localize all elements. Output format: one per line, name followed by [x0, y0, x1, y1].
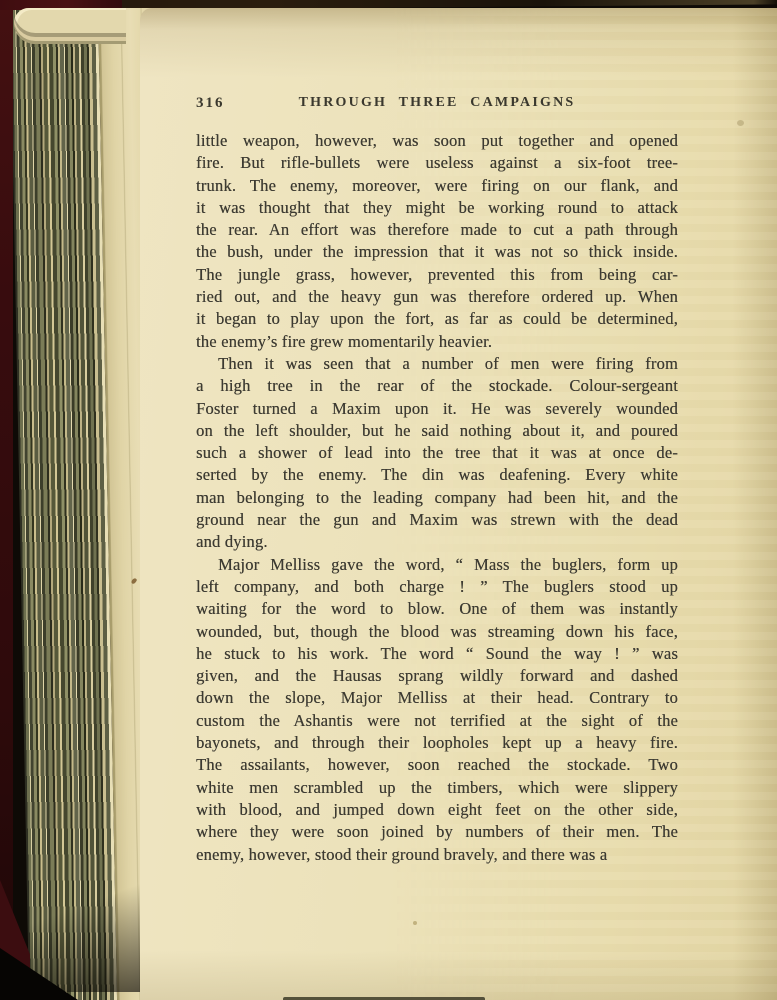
- page-text: little weapon, however, was soon put tog…: [196, 130, 678, 866]
- running-header: 316 THROUGH THREE CAMPAIGNS: [196, 95, 678, 115]
- text-line: it was thought that they might be workin…: [196, 197, 678, 219]
- text-line: on the left shoulder, but he said nothin…: [196, 420, 678, 442]
- text-line: Foster turned a Maxim upon it. He was se…: [196, 398, 678, 420]
- text-line: he stuck to his work. The word “ Sound t…: [196, 643, 678, 665]
- text-line: where they were soon joined by numbers o…: [196, 821, 678, 843]
- text-line: trunk. The enemy, moreover, were firing …: [196, 175, 678, 197]
- text-line: given, and the Hausas sprang wildly forw…: [196, 665, 678, 687]
- text-line: little weapon, however, was soon put tog…: [196, 130, 678, 152]
- text-line: serted by the enemy. The din was deafeni…: [196, 464, 678, 486]
- text-line: bayonets, and through their loopholes ke…: [196, 732, 678, 754]
- stacked-page-corners: [14, 8, 126, 44]
- text-line: such a shower of lead into the tree that…: [196, 442, 678, 464]
- text-line: the enemy’s fire grew momentarily heavie…: [196, 331, 678, 353]
- text-line: waiting for the word to blow. One of the…: [196, 598, 678, 620]
- text-line: enemy, however, stood their ground brave…: [196, 844, 678, 866]
- paragraph: Major Melliss gave the word, “ Mass the …: [196, 554, 678, 866]
- text-line: white men scrambled up the timbers, whic…: [196, 777, 678, 799]
- paragraph: Then it was seen that a number of men we…: [196, 353, 678, 554]
- text-line: The jungle grass, however, prevented thi…: [196, 264, 678, 286]
- text-line: wounded, but, though the blood was strea…: [196, 621, 678, 643]
- text-line: a high tree in the rear of the stockade.…: [196, 375, 678, 397]
- text-line: it began to play upon the fort, as far a…: [196, 308, 678, 330]
- text-line: left company, and both charge ! ” The bu…: [196, 576, 678, 598]
- text-line: Then it was seen that a number of men we…: [196, 353, 678, 375]
- running-title: THROUGH THREE CAMPAIGNS: [196, 95, 678, 111]
- text-line: The assailants, however, soon reached th…: [196, 754, 678, 776]
- text-line: Major Melliss gave the word, “ Mass the …: [196, 554, 678, 576]
- paper-smudge: [737, 120, 744, 126]
- text-line: ground near the gun and Maxim was strewn…: [196, 509, 678, 531]
- text-line: with blood, and jumped down eight feet o…: [196, 799, 678, 821]
- text-line: ried out, and the heavy gun was therefor…: [196, 286, 678, 308]
- book-scan: 316 THROUGH THREE CAMPAIGNS little weapo…: [0, 0, 777, 1000]
- paper-speck: [413, 921, 417, 925]
- book-page: 316 THROUGH THREE CAMPAIGNS little weapo…: [140, 8, 777, 1000]
- text-line: down the slope, Major Melliss at their h…: [196, 687, 678, 709]
- text-line: the bush, under the impression that it w…: [196, 241, 678, 263]
- text-line: custom the Ashantis were not terrified a…: [196, 710, 678, 732]
- text-line: fire. But rifle-bullets were useless aga…: [196, 152, 678, 174]
- text-line: and dying.: [196, 531, 678, 553]
- paragraph: little weapon, however, was soon put tog…: [196, 130, 678, 353]
- book-cover-left-edge: [0, 0, 13, 1000]
- text-line: the rear. An effort was therefore made t…: [196, 219, 678, 241]
- text-line: man belonging to the leading company had…: [196, 487, 678, 509]
- page-number: 316: [196, 95, 225, 112]
